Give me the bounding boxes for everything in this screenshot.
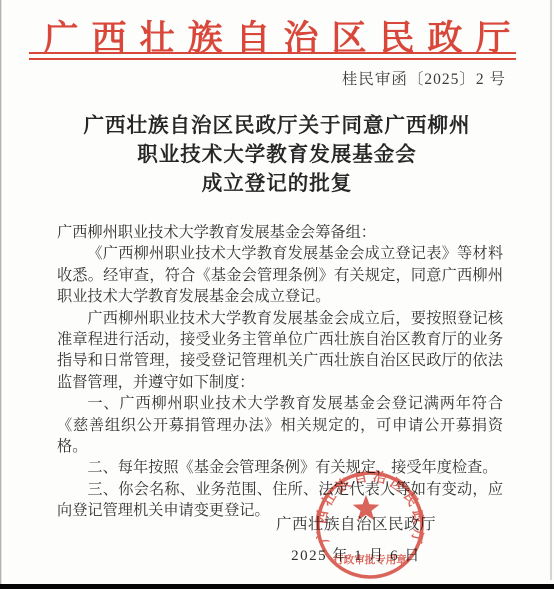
- seal-bottom-text: 行政审批专用章: [333, 553, 407, 566]
- body-paragraph: 二、每年按照《基金会管理条例》有关规定，接受年度检查。: [57, 457, 503, 478]
- document-title-line2: 职业技术大学教育发展基金会: [0, 141, 554, 170]
- star-icon: [353, 495, 380, 520]
- scanned-document-page: 广西壮族自治区民政厅 桂民审函〔2025〕2 号 广西壮族自治区民政厅关于同意广…: [0, 0, 554, 589]
- body-paragraph: 一、广西柳州职业技术大学教育发展基金会登记满两年符合《慈善组织公开募捐管理办法》…: [57, 393, 503, 457]
- document-number: 桂民审函〔2025〕2 号: [0, 67, 506, 89]
- document-body: 广西柳州职业技术大学教育发展基金会筹备组： 《广西柳州职业技术大学教育发展基金会…: [57, 222, 503, 522]
- salutation: 广西柳州职业技术大学教育发展基金会筹备组：: [57, 222, 503, 243]
- scan-edge-bottom: [0, 584, 554, 589]
- body-paragraph: 《广西柳州职业技术大学教育发展基金会成立登记表》等材料收悉。经审查，符合《基金会…: [57, 243, 503, 307]
- official-seal: 广西壮族自治区民政厅 行政审批专用章: [310, 467, 430, 587]
- body-paragraph: 广西柳州职业技术大学教育发展基金会成立后，要按照登记核准章程进行活动，接受业务主…: [57, 308, 503, 394]
- document-title: 广西壮族自治区民政厅关于同意广西柳州 职业技术大学教育发展基金会 成立登记的批复: [0, 112, 554, 199]
- letterhead-double-rule: [29, 52, 516, 60]
- scan-edge-right: [550, 0, 552, 580]
- document-title-line1: 广西壮族自治区民政厅关于同意广西柳州: [0, 112, 554, 141]
- document-title-line3: 成立登记的批复: [0, 170, 554, 199]
